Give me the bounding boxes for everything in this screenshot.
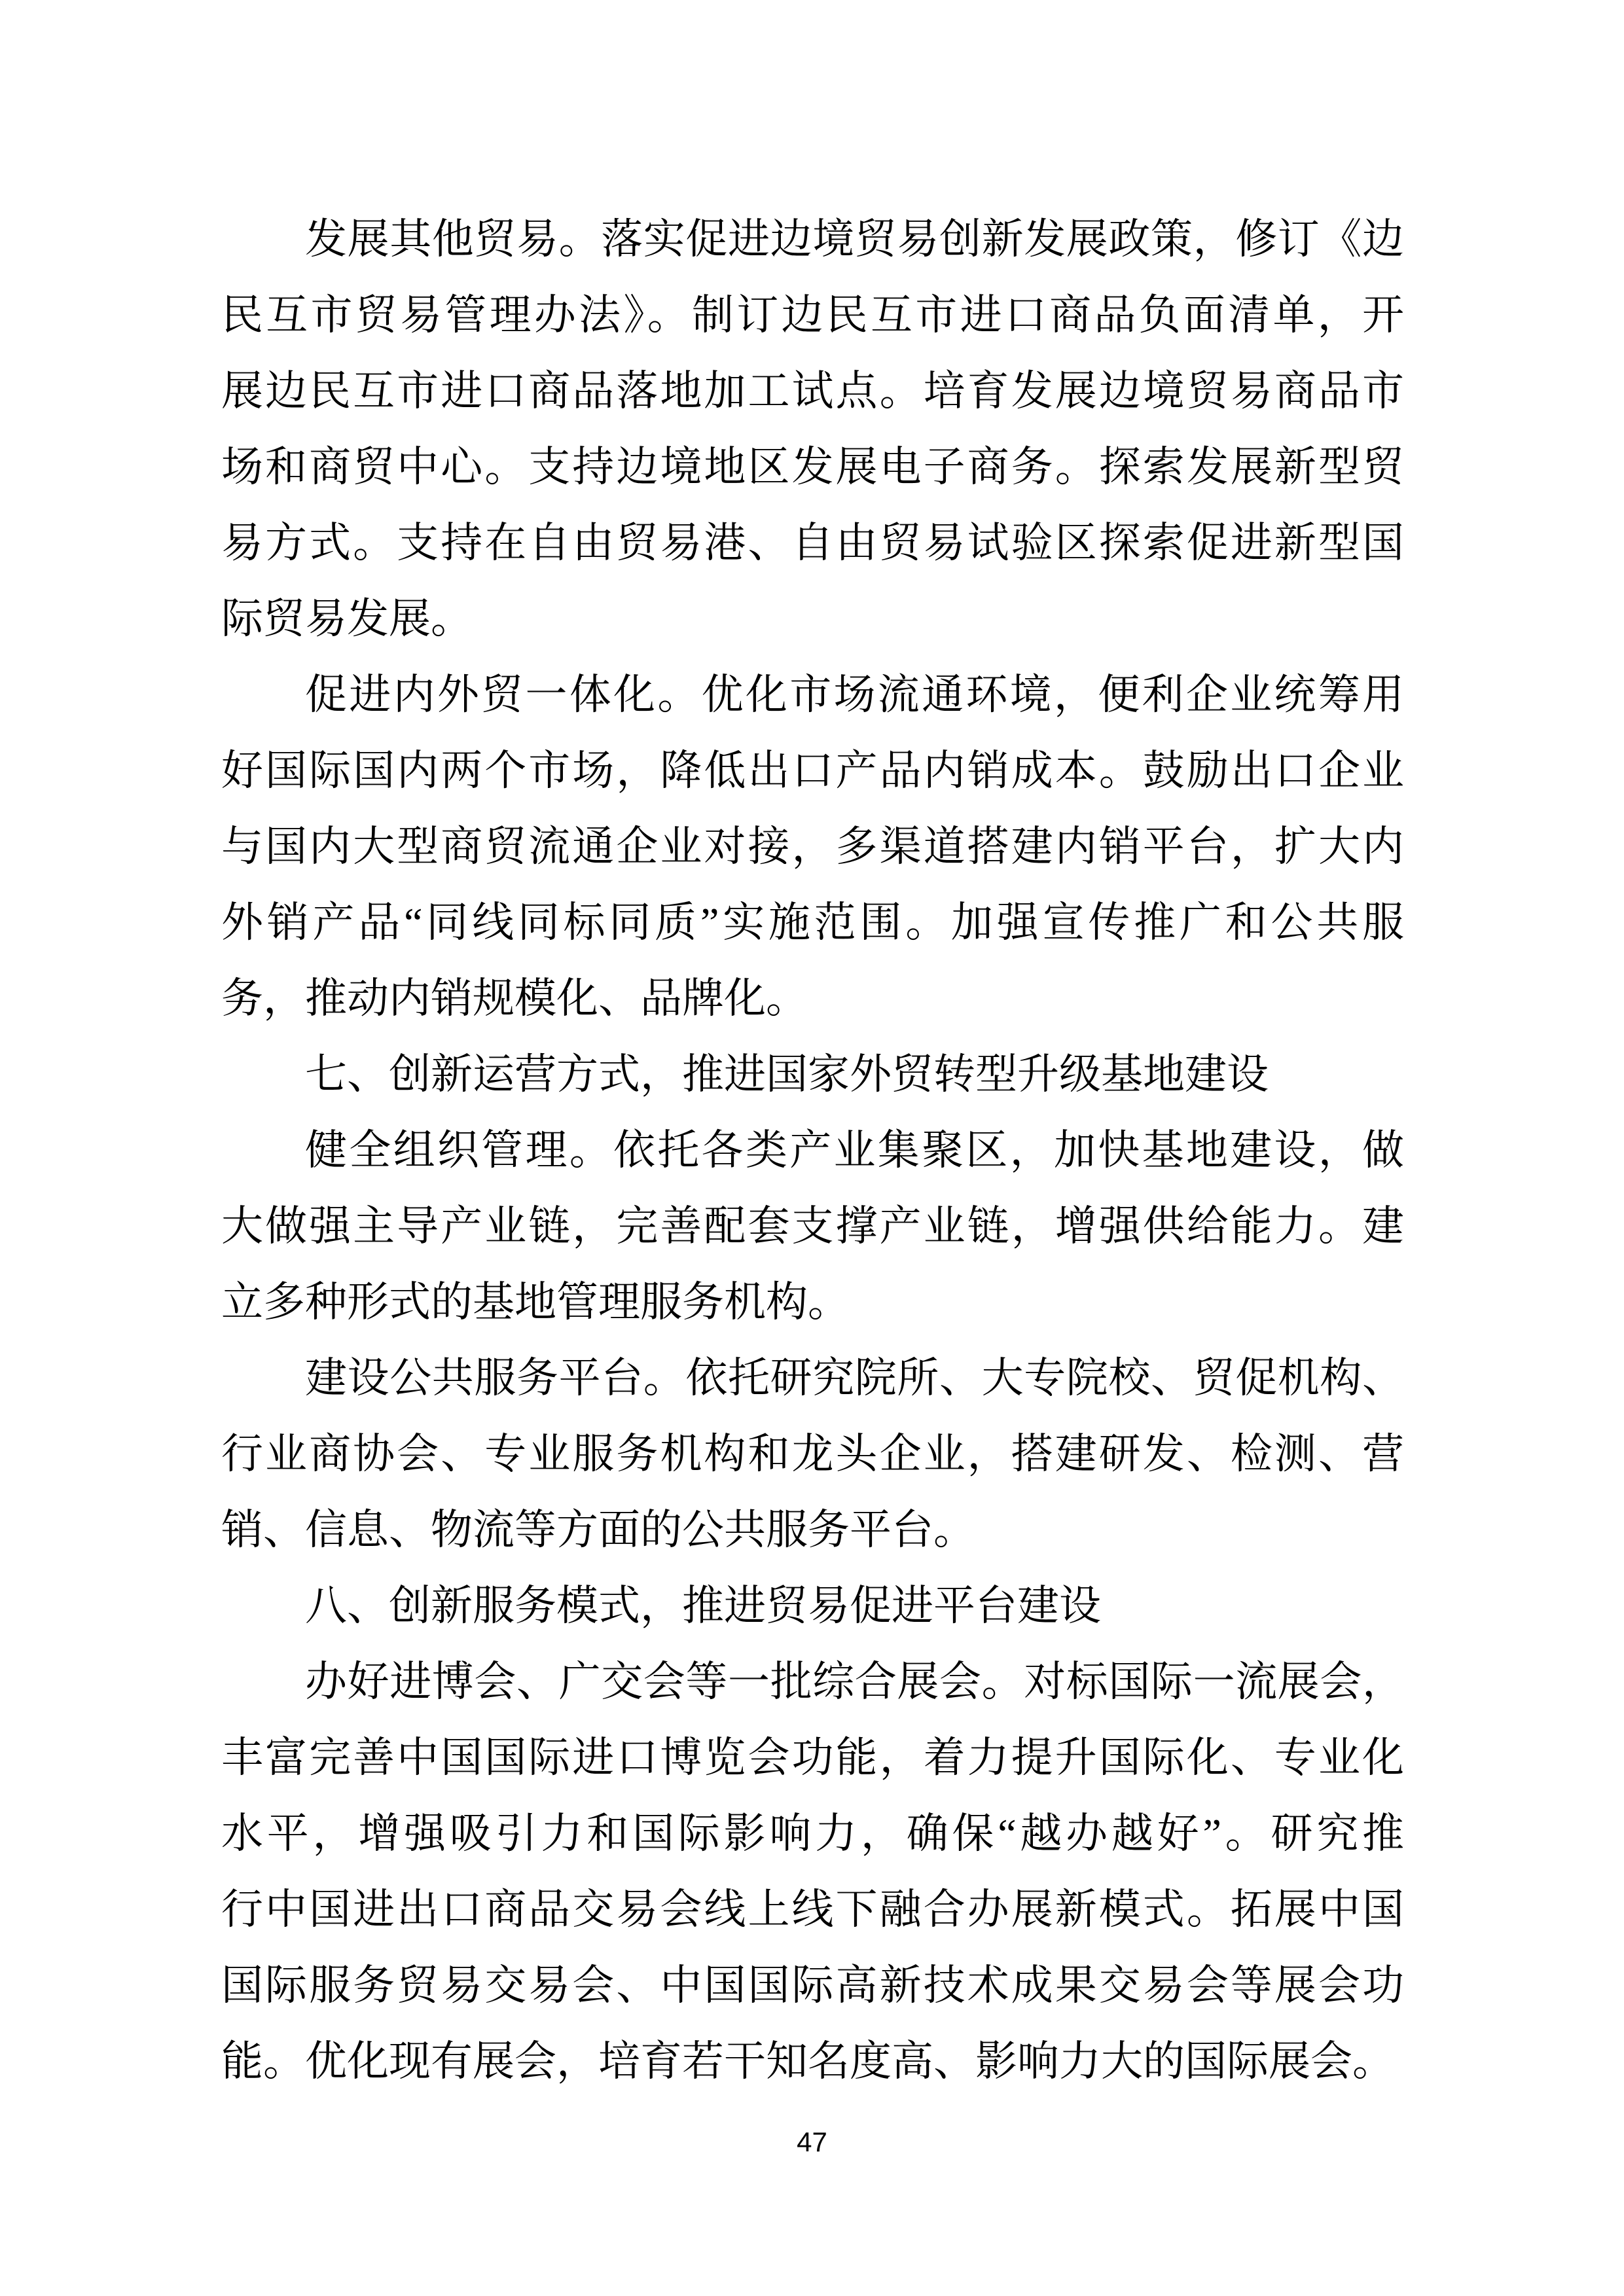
text-line: 丰富完善中国国际进口博览会功能，着力提升国际化、专业化: [221, 1720, 1404, 1796]
text-line: 销、信息、物流等方面的公共服务平台。: [221, 1492, 1404, 1568]
document-text-block: 发展其他贸易。落实促进边境贸易创新发展政策，修订《边民互市贸易管理办法》。制订边…: [221, 202, 1404, 2100]
text-line: 好国际国内两个市场，降低出口产品内销成本。鼓励出口企业: [221, 733, 1404, 809]
section-heading-line: 七、创新运营方式，推进国家外贸转型升级基地建设: [221, 1037, 1404, 1113]
text-line: 展边民互市进口商品落地加工试点。培育发展边境贸易商品市: [221, 353, 1404, 429]
text-line: 与国内大型商贸流通企业对接，多渠道搭建内销平台，扩大内: [221, 809, 1404, 885]
text-line: 民互市贸易管理办法》。制订边民互市进口商品负面清单，开: [221, 278, 1404, 353]
text-line: 水平，增强吸引力和国际影响力，确保“越办越好”。研究推: [221, 1796, 1404, 1872]
document-page: 发展其他贸易。落实促进边境贸易创新发展政策，修订《边民互市贸易管理办法》。制订边…: [0, 0, 1624, 2296]
text-line: 外销产品“同线同标同质”实施范围。加强宣传推广和公共服: [221, 885, 1404, 961]
text-line: 立多种形式的基地管理服务机构。: [221, 1265, 1404, 1340]
text-line: 务，推动内销规模化、品牌化。: [221, 961, 1404, 1037]
text-line: 易方式。支持在自由贸易港、自由贸易试验区探索促进新型国: [221, 505, 1404, 581]
text-line: 能。优化现有展会，培育若干知名度高、影响力大的国际展会。: [221, 2024, 1404, 2100]
text-line: 办好进博会、广交会等一批综合展会。对标国际一流展会，: [221, 1644, 1404, 1720]
text-line: 国际服务贸易交易会、中国国际高新技术成果交易会等展会功: [221, 1948, 1404, 2024]
section-heading-line: 八、创新服务模式，推进贸易促进平台建设: [221, 1568, 1404, 1644]
text-line: 行业商协会、专业服务机构和龙头企业，搭建研发、检测、营: [221, 1416, 1404, 1492]
text-line: 场和商贸中心。支持边境地区发展电子商务。探索发展新型贸: [221, 429, 1404, 505]
text-line: 际贸易发展。: [221, 581, 1404, 657]
text-line: 发展其他贸易。落实促进边境贸易创新发展政策，修订《边: [221, 202, 1404, 278]
text-line: 健全组织管理。依托各类产业集聚区，加快基地建设，做: [221, 1113, 1404, 1189]
text-line: 行中国进出口商品交易会线上线下融合办展新模式。拓展中国: [221, 1872, 1404, 1948]
text-line: 建设公共服务平台。依托研究院所、大专院校、贸促机构、: [221, 1340, 1404, 1416]
text-line: 促进内外贸一体化。优化市场流通环境，便利企业统筹用: [221, 657, 1404, 733]
page-number: 47: [0, 2126, 1624, 2159]
text-line: 大做强主导产业链，完善配套支撑产业链，增强供给能力。建: [221, 1189, 1404, 1265]
